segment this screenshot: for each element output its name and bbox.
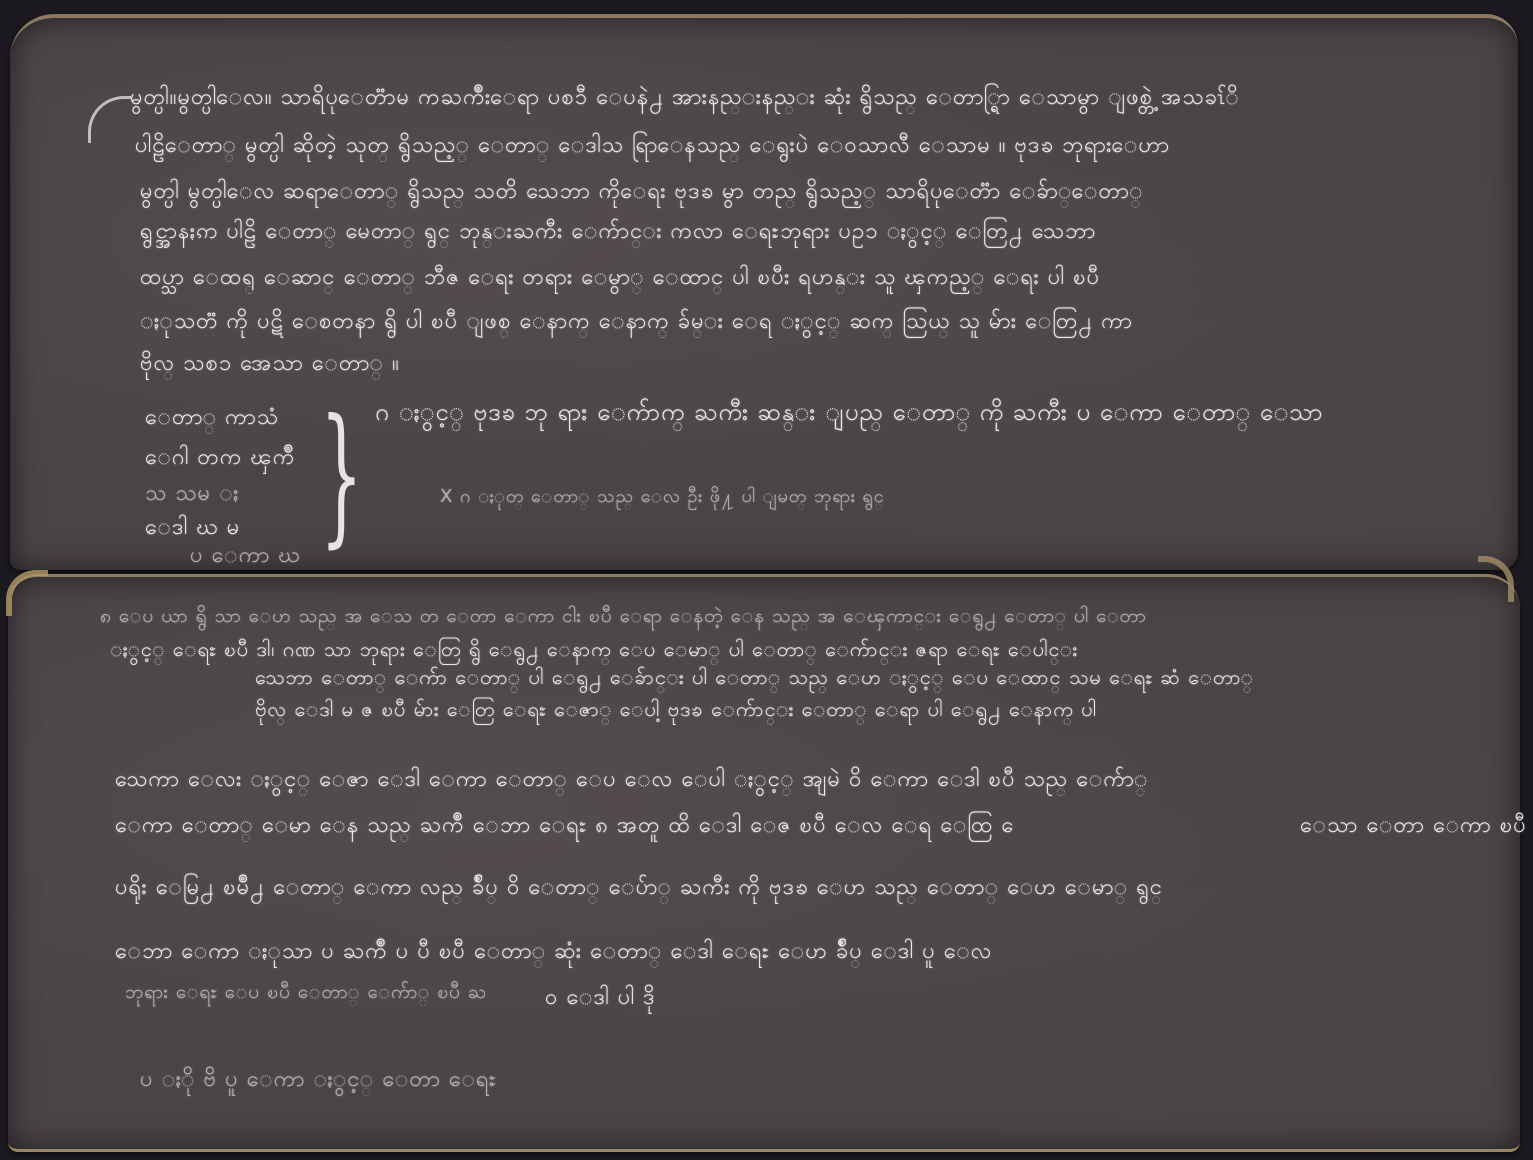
text-line: ႏုသတၱ ကို ပဋိ ေစတနာ ရွိ ပါ ၿပီ ျဖစ္ ေနာက… [140, 306, 1500, 339]
text-line: ပါဠိေတာ္ မွတ္ပါ ဆိုတဲ့ သုတ္ ရွိသည့္ ေတာ္… [135, 130, 1475, 163]
text-line: ႏွင့္ ေရႊ ၿပီ ဒါ၊ ဂဏ သာ ဘုရား ေတြ ရွိ ေရ… [110, 636, 1470, 666]
text-line: ရွင္အာနႏၵာ ပါဠိ ေတာ္ မေတာ္ ရွင္ ဘုန္းႀကီ… [140, 216, 1480, 249]
list-item: ေတာ္ ကာသံ [145, 402, 279, 435]
text-line: သေကာ ေလး ႏွင့္ ေဇာ ေဒါ ေကာ ေတာ္ ေပ ေလ ေပ… [115, 764, 1475, 797]
text-line: မွတ္ပါ။မွတ္ပါေလ။ သာရိပုေတၱာမ ကႀကိဳးေရာ ပ… [130, 82, 1490, 115]
footer-line: ပ ႏို ဗိ ပူ ေကာ ႏွင့္ ေတာ ေရႊ [140, 1064, 497, 1097]
brace-symbol: } [320, 400, 363, 550]
text-line: မွတ္ပါ မွတ္ပါေလ ဆရာေတာ္ ရွိသည္ သတိ သေဘာ … [140, 176, 1480, 209]
list-item: ပ ေကာ ဃ [190, 540, 301, 573]
text-line: ထပ္သာ ေထရ္ ေဆာင္ ေတာ္ ဘီဇ ေရး တရား ေမွာ္… [140, 262, 1480, 295]
text-line: ဂ ႏွင့္ ဗုဒၶ ဘု ရား ေက်ာက္ ႀကီး ဆန္း ျပည… [375, 396, 1325, 432]
list-item: သ သမ ႏ [145, 478, 239, 511]
text-line: ပရိုး ေမြ႕ ၿမိဳ႕ ေတာ္ ေကာ လည္ ခ်ဳပ္ ၀ိ ေ… [115, 872, 1215, 905]
text-line: ဗိုလ္ ေဒါ မ ဇ ၿပီ မ်ား ေတြ ေရႊ ေဇာ္ ေပါ့… [255, 696, 1485, 726]
text-line: X ဂ ႏုတ္ ေတာ္ သည္ ေလ ဦး ဖို႔ ပါ ျမတ္ ဘုရ… [440, 484, 940, 511]
right-note: ေသာ ေတာ ေကာ ၿပီ [1300, 810, 1527, 843]
fold-edge-left [6, 570, 48, 616]
text-line: ဗိုလ္ သစၥ အေသာ ေတာ္ ။ [140, 348, 540, 381]
signature: ၀ ေဒါ ပါ ဒို [545, 982, 656, 1015]
text-line: သေဘာ ေတာ္ ေက်ာ ေတာ္ ပါ ေရွ႕ ေခ်ာင္း ပါ ေ… [255, 664, 1485, 694]
text-line: ေကာ ေတာ္ ေမာ ေန သည္ ႀကိဳ ေဘာ ေရႊ ၈ အတူ ထ… [115, 810, 1015, 843]
list-item: ေဂါ တက ၾကဳိ [145, 442, 295, 475]
text-line: ေဘာ ေကာ ႏုသာ ပ ႀကိဳ ပ ပီ ၿပီ ေတာ္ ဆုံး ေ… [115, 936, 1015, 969]
text-line: ၈ ေပ ယာ ရွိ သာ ေဟ သည္ အ ေသ တ ေတာ ေကာ ငါး… [100, 604, 1460, 632]
text-line: ဘုရား ေရႊ ေပ ၿပီ ေတာ္ ေက်ာ္ ၿပီ ႀကီး ေတာ… [125, 980, 485, 1008]
